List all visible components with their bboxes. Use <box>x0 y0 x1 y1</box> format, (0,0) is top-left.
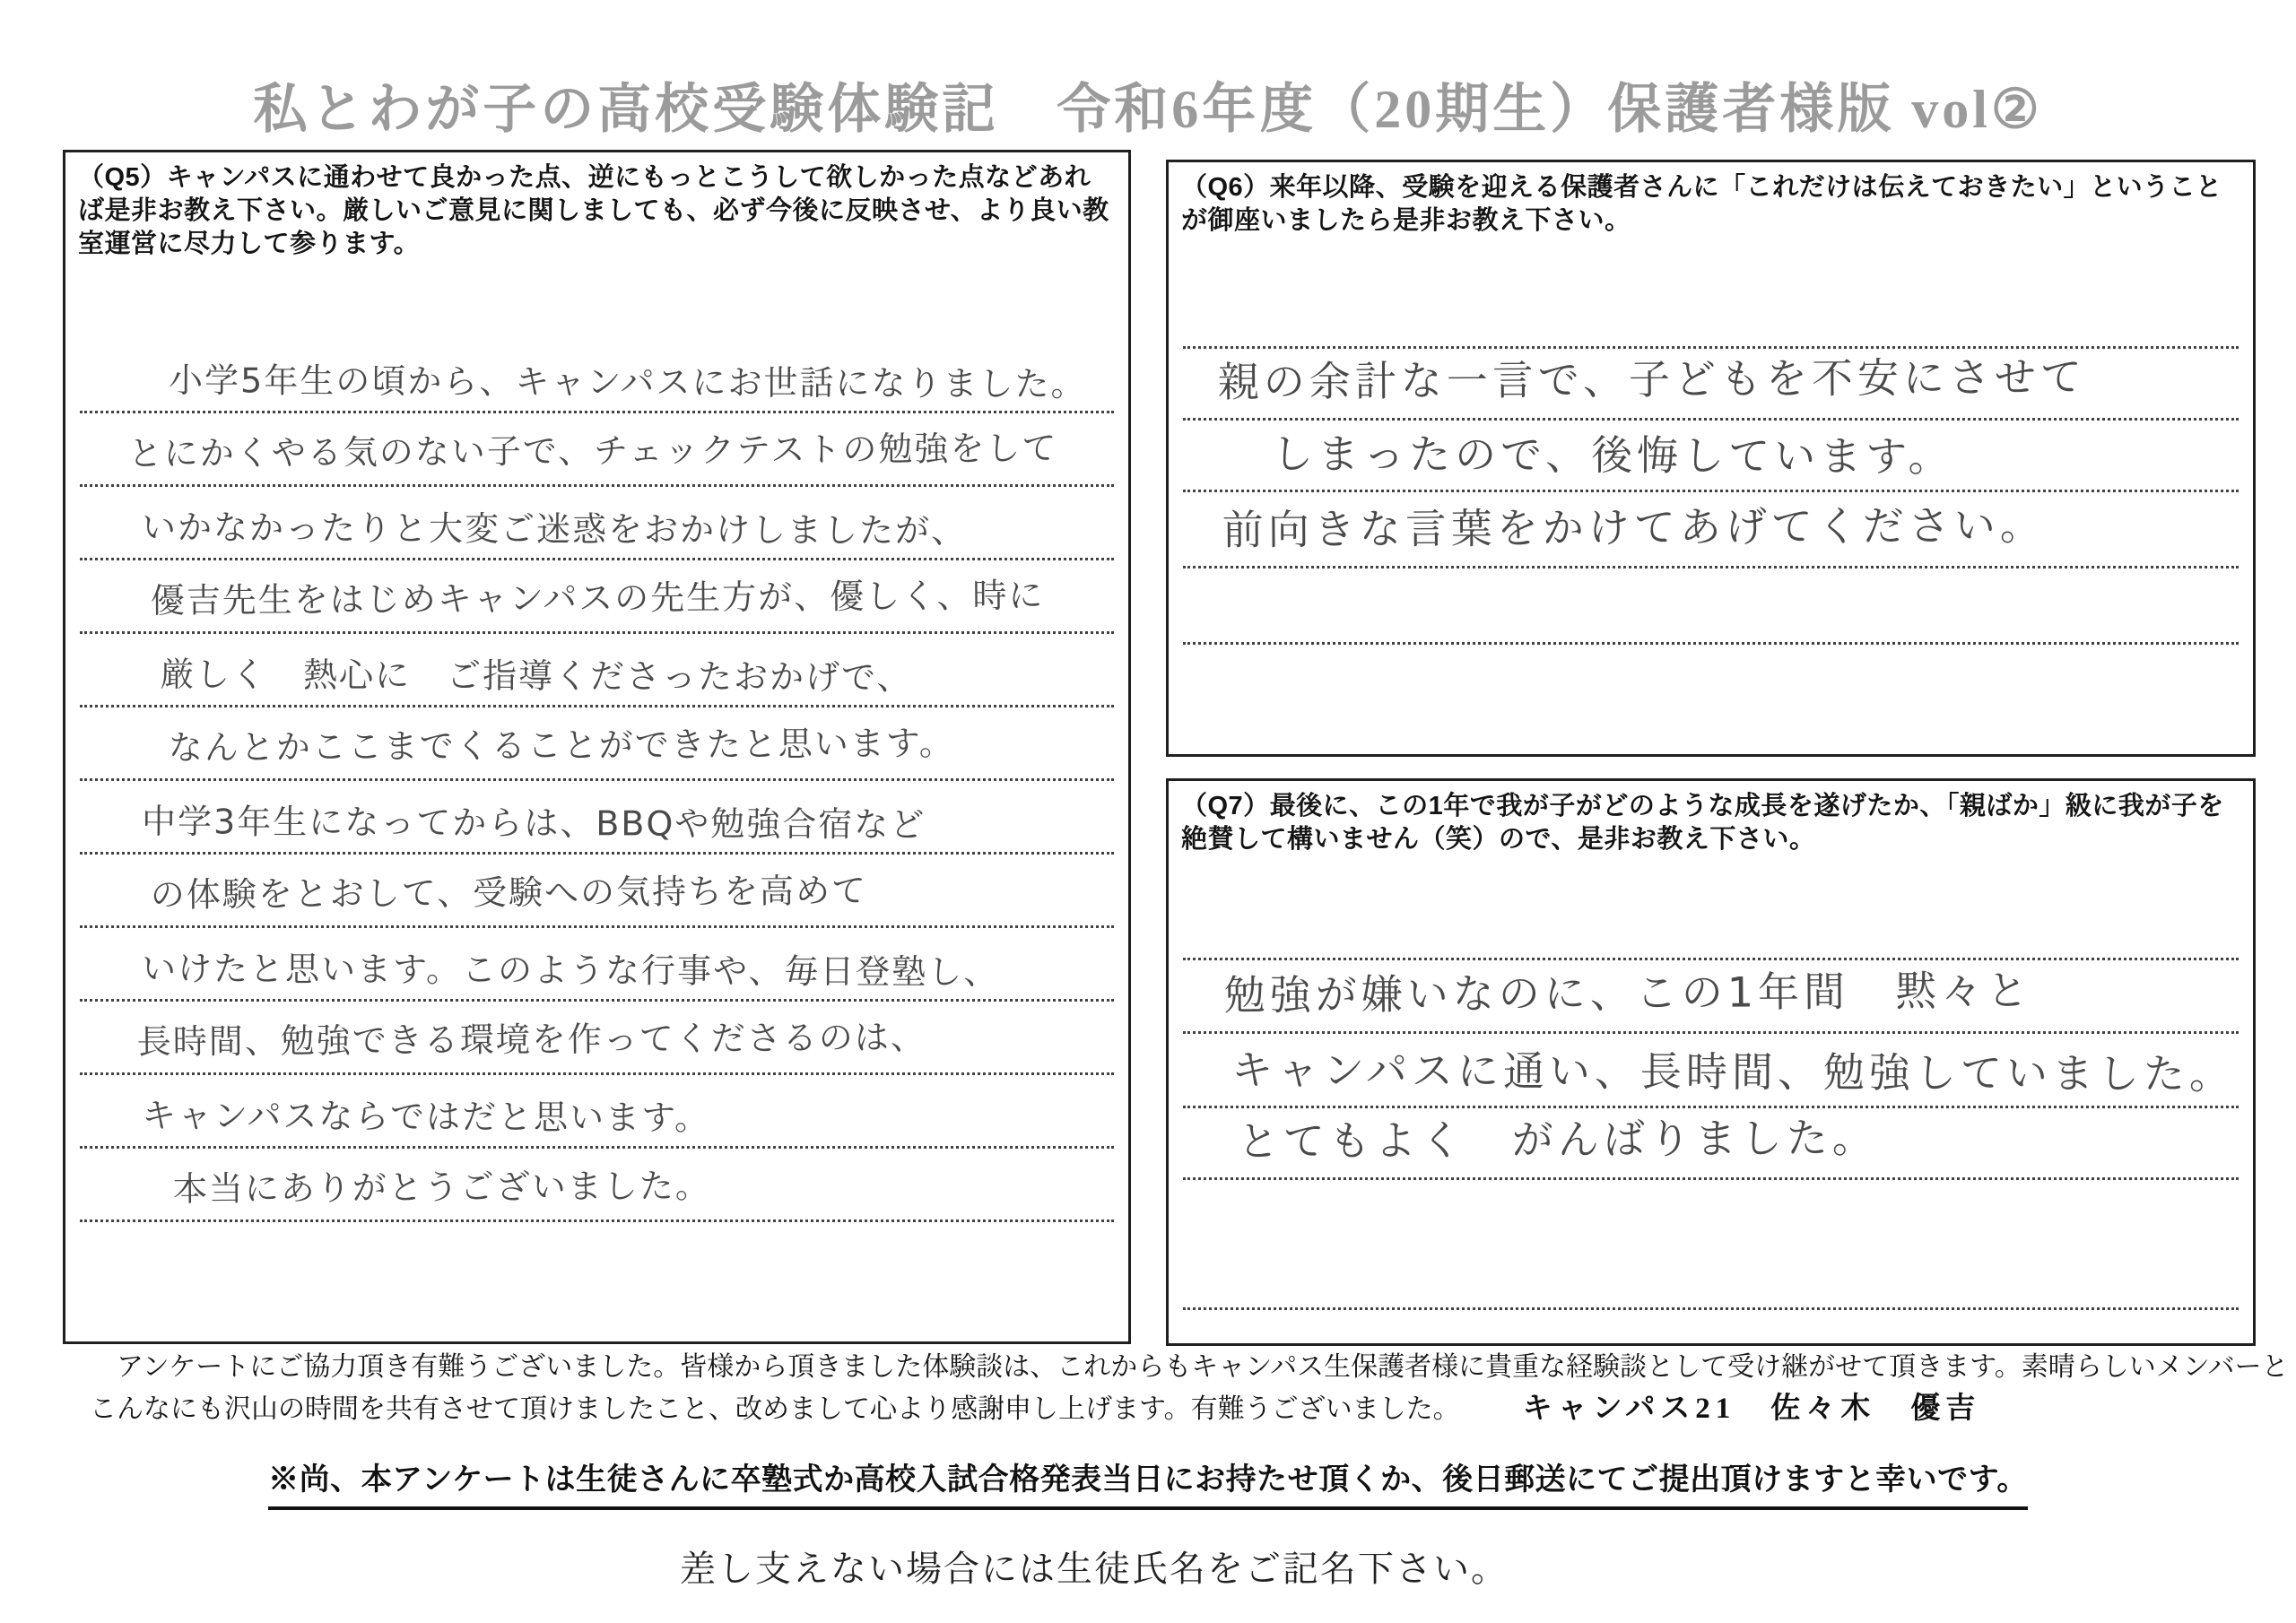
handwriting-line: なんとかここまでくることができたと思います。 <box>169 716 955 769</box>
answer-rule-line <box>1183 1177 2239 1180</box>
answer-rule-line <box>1183 490 2239 492</box>
answer-rule-line <box>80 1146 1114 1149</box>
handwriting-line: 小学5年生の頃から、キャンパスにお世話になりました。 <box>169 352 1087 405</box>
footer-thanks-line2-text: こんなにも沢山の時間を共有させて頂けましたこと、改めまして心より感謝申し上げます… <box>90 1394 1460 1424</box>
answer-rule-line <box>1183 418 2239 421</box>
handwriting-line: 本当にありがとうございました。 <box>173 1158 711 1211</box>
answer-rule-line <box>80 411 1114 413</box>
handwriting-line: 優吉先生をはじめキャンパスの先生方が、優しく、時に <box>151 568 1045 622</box>
handwriting-line: の体験をとおして、受験への気持ちを高めて <box>151 863 868 916</box>
page-title: 私とわが子の高校受験体験記 令和6年度（20期生）保護者様版 vol② <box>0 66 2296 143</box>
q7-box: （Q7）最後に、この1年で我が子がどのような成長を遂げたか、「親ばか」級に我が子… <box>1166 778 2256 1346</box>
q5-header: （Q5）キャンパスに通わせて良かった点、逆にもっとこうして欲しかった点などあれば… <box>65 152 1128 261</box>
q6-box: （Q6）来年以降、受験を迎える保護者さんに「これだけは伝えておきたい」ということ… <box>1166 160 2256 757</box>
footer-thanks: アンケートにご協力頂き有難うございました。皆様から頂きました体験談は、これからも… <box>90 1347 2249 1430</box>
handwriting-line: キャンパスに通い、長時間、勉強していました。 <box>1231 1037 2235 1101</box>
answer-rule-line <box>80 631 1114 634</box>
handwriting-line: 長時間、勉強できる環境を作ってくださるのは、 <box>137 1010 926 1063</box>
answer-rule-line <box>80 999 1114 1002</box>
q5-box: （Q5）キャンパスに通わせて良かった点、逆にもっとこうして欲しかった点などあれば… <box>63 150 1131 1344</box>
footer-thanks-line1: アンケートにご協力頂き有難うございました。皆様から頂きました体験談は、これからも… <box>90 1347 2249 1388</box>
answer-rule-line <box>80 484 1114 487</box>
handwriting-line: しまったので、後悔しています。 <box>1272 421 1954 483</box>
answer-rule-line <box>80 925 1114 928</box>
submission-notice-row: ※尚、本アンケートは生徒さんに卒塾式か高校入試合格発表当日にお持たせ頂くか、後日… <box>0 1454 2296 1510</box>
handwriting-line: とにかくやる気のない子で、チェックテストの勉強をして <box>128 421 1058 475</box>
answer-rule-line <box>1183 1031 2239 1034</box>
handwriting-line: 前向きな言葉をかけてあげてください。 <box>1222 492 2046 557</box>
answer-rule-line <box>80 1072 1114 1075</box>
submission-notice: ※尚、本アンケートは生徒さんに卒塾式か高校入試合格発表当日にお持たせ頂くか、後日… <box>268 1454 2028 1510</box>
answer-rule-line <box>80 705 1114 707</box>
handwriting-line: キャンパスならではだと思います。 <box>142 1088 710 1140</box>
answer-rule-line <box>1183 642 2239 645</box>
answer-rule-line <box>1183 566 2239 568</box>
footer-thanks-line2: こんなにも沢山の時間を共有させて頂けましたこと、改めまして心より感謝申し上げます… <box>90 1388 2249 1430</box>
answer-rule-line <box>80 558 1114 560</box>
answer-rule-line <box>80 1219 1114 1222</box>
answer-rule-line <box>80 852 1114 855</box>
handwriting-line: いかなかったりと大変ご迷惑をおかけしましたが、 <box>142 499 967 552</box>
q6-header: （Q6）来年以降、受験を迎える保護者さんに「これだけは伝えておきたい」ということ… <box>1169 162 2253 238</box>
handwriting-line: 親の余計な一言で、子どもを不安にさせて <box>1218 344 2086 409</box>
q7-header: （Q7）最後に、この1年で我が子がどのような成長を遂げたか、「親ばか」級に我が子… <box>1169 781 2253 856</box>
answer-rule-line <box>80 778 1114 781</box>
handwriting-line: 中学3年生になってからは、BBQや勉強合宿など <box>142 794 926 846</box>
answer-rule-line <box>1183 1307 2239 1310</box>
handwriting-line: 勉強が嫌いなのに、この1年間 黙々と <box>1224 958 2033 1022</box>
handwriting-line: いけたと思います。このような行事や、毎日登塾し、 <box>142 941 999 994</box>
signature: キャンパス21 佐々木 優吉 <box>1523 1393 1981 1425</box>
handwriting-line: 厳しく 熱心に ご指導くださったおかげで、 <box>160 647 912 699</box>
handwriting-line: とてもよく がんばりました。 <box>1238 1106 1878 1168</box>
survey-page: 私とわが子の高校受験体験記 令和6年度（20期生）保護者様版 vol② （Q5）… <box>0 0 2296 1623</box>
name-request: 差し支えない場合には生徒氏名をご記名下さい。 <box>0 1541 2188 1592</box>
